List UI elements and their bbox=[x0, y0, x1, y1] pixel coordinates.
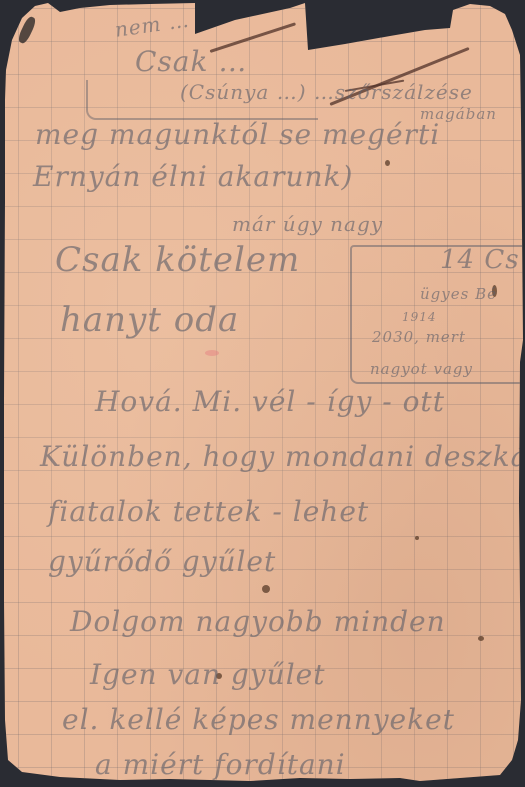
line-10: Különben, hogy mondani deszkák bbox=[40, 440, 525, 473]
line-16: a miért fordítani bbox=[95, 748, 346, 781]
line-3: (Csúnya …) …szőrszálzése bbox=[180, 80, 473, 104]
line-1: nem … bbox=[113, 8, 191, 42]
boxed-line-3: 1914 bbox=[402, 310, 437, 324]
line-11: fiatalok tettek - lehet bbox=[48, 495, 369, 528]
line-8: hanyt oda bbox=[60, 300, 239, 340]
pink-stain bbox=[205, 350, 219, 356]
line-9: Hová. Mi. vél - így - ott bbox=[95, 385, 445, 418]
line-2: Csak … bbox=[135, 45, 247, 78]
line-6: már úgy nagy bbox=[232, 212, 383, 236]
boxed-line-1: 14 Cs bbox=[440, 245, 520, 275]
boxed-line-5: nagyot vagy bbox=[370, 360, 473, 378]
manuscript-page: nem … Csak … (Csúnya …) …szőrszálzése ma… bbox=[0, 0, 525, 787]
stain bbox=[478, 636, 484, 641]
line-14: Igen van gyűlet bbox=[90, 658, 326, 691]
line-13: Dolgom nagyobb minden bbox=[70, 605, 446, 638]
stain bbox=[262, 585, 270, 593]
line-7: Csak kötelem bbox=[55, 240, 300, 280]
line-12: gyűrődő gyűlet bbox=[48, 545, 276, 578]
stain bbox=[385, 160, 390, 166]
line-4: meg magunktól se megérti bbox=[35, 118, 440, 151]
boxed-line-2: ügyes Bé bbox=[420, 285, 497, 303]
boxed-line-4: 2030, mert bbox=[372, 328, 466, 346]
stain bbox=[415, 536, 419, 540]
line-5: Ernyán élni akarunk) bbox=[33, 160, 353, 193]
grid-paper-sheet: nem … Csak … (Csúnya …) …szőrszálzése ma… bbox=[0, 0, 525, 787]
line-15: el. kellé képes mennyeket bbox=[62, 703, 455, 736]
